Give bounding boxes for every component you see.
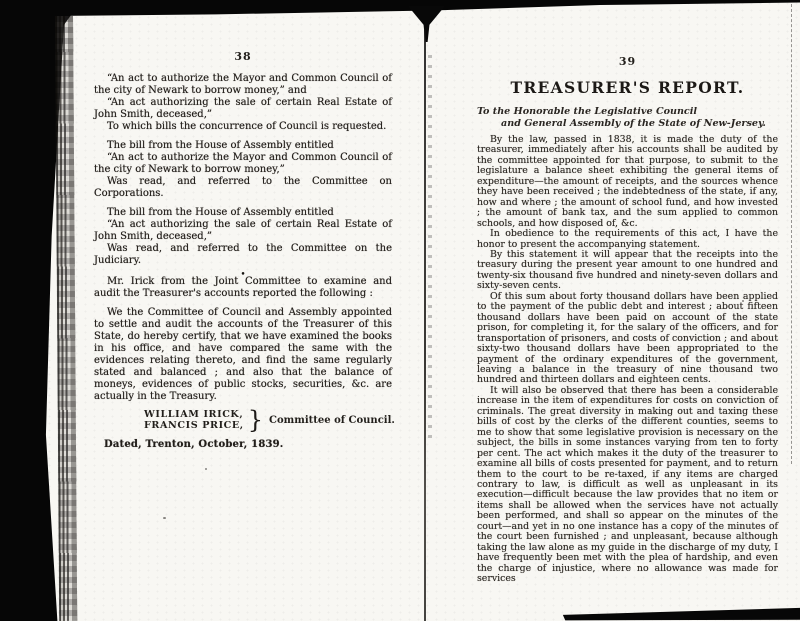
ink-speck [163,517,166,519]
brace-glyph: } [248,406,263,434]
signature-role: Committee of Council. [269,415,395,426]
paragraph: By the law, passed in 1838, it is made t… [477,135,778,229]
paragraph: Was read, and referred to the Committee … [94,176,392,200]
gutter-speckle [428,55,432,445]
paragraph: We the Committee of Council and Assembly… [94,307,392,403]
paragraph: “An act authorizing the sale of certain … [94,219,392,243]
signatory-name: FRANCIS PRICE, [144,420,244,432]
paragraph: Mr. Irick from the Joint Committee to ex… [94,276,392,300]
paragraph: It will also be observed that there has … [477,386,778,585]
paragraph: To which bills the concurrence of Counci… [94,121,392,133]
paragraph: In obedience to the requirements of this… [477,229,778,250]
paragraph: Was read, and referred to the Committee … [94,243,392,267]
report-title: TREASURER'S REPORT. [477,78,778,97]
book-gutter-line [424,30,426,621]
paragraph: “An act to authorize the Mayor and Commo… [94,73,392,97]
page-number-left: 38 [94,50,392,63]
scanned-book-spread: 38 “An act to authorize the Mayor and Co… [0,0,800,621]
scan-top-black-band [0,0,800,18]
gutter-shadow-wedge [408,6,445,42]
signatory-name: WILLIAM IRICK, [144,409,244,421]
salutation-line: and General Assembly of the State of New… [501,118,778,130]
ink-speck [205,468,207,470]
right-page: 39 TREASURER'S REPORT. To the Honorable … [477,55,778,584]
paragraph: The bill from the House of Assembly enti… [94,140,392,152]
right-page-edge-dashes [791,4,792,464]
paragraph: “An act to authorize the Mayor and Commo… [94,152,392,176]
signature-names: WILLIAM IRICK, FRANCIS PRICE, [144,409,244,432]
page-edge-texture [55,16,77,621]
salutation: To the Honorable the Legislative Council… [477,106,778,129]
paragraph: By this statement it will appear that th… [477,250,778,292]
paragraph: “An act authorizing the sale of certain … [94,97,392,121]
left-page: 38 “An act to authorize the Mayor and Co… [94,50,392,451]
section-divider: • [94,267,392,276]
dateline: Dated, Trenton, October, 1839. [94,439,392,451]
scan-bottom-black-bar [558,605,800,621]
paragraph: Of this sum about forty thousand dollars… [477,292,778,386]
salutation-line: To the Honorable the Legislative Council [477,106,778,118]
signature-block: WILLIAM IRICK, FRANCIS PRICE, } Committe… [144,406,392,434]
paragraph: The bill from the House of Assembly enti… [94,207,392,219]
page-number-right: 39 [477,55,778,68]
